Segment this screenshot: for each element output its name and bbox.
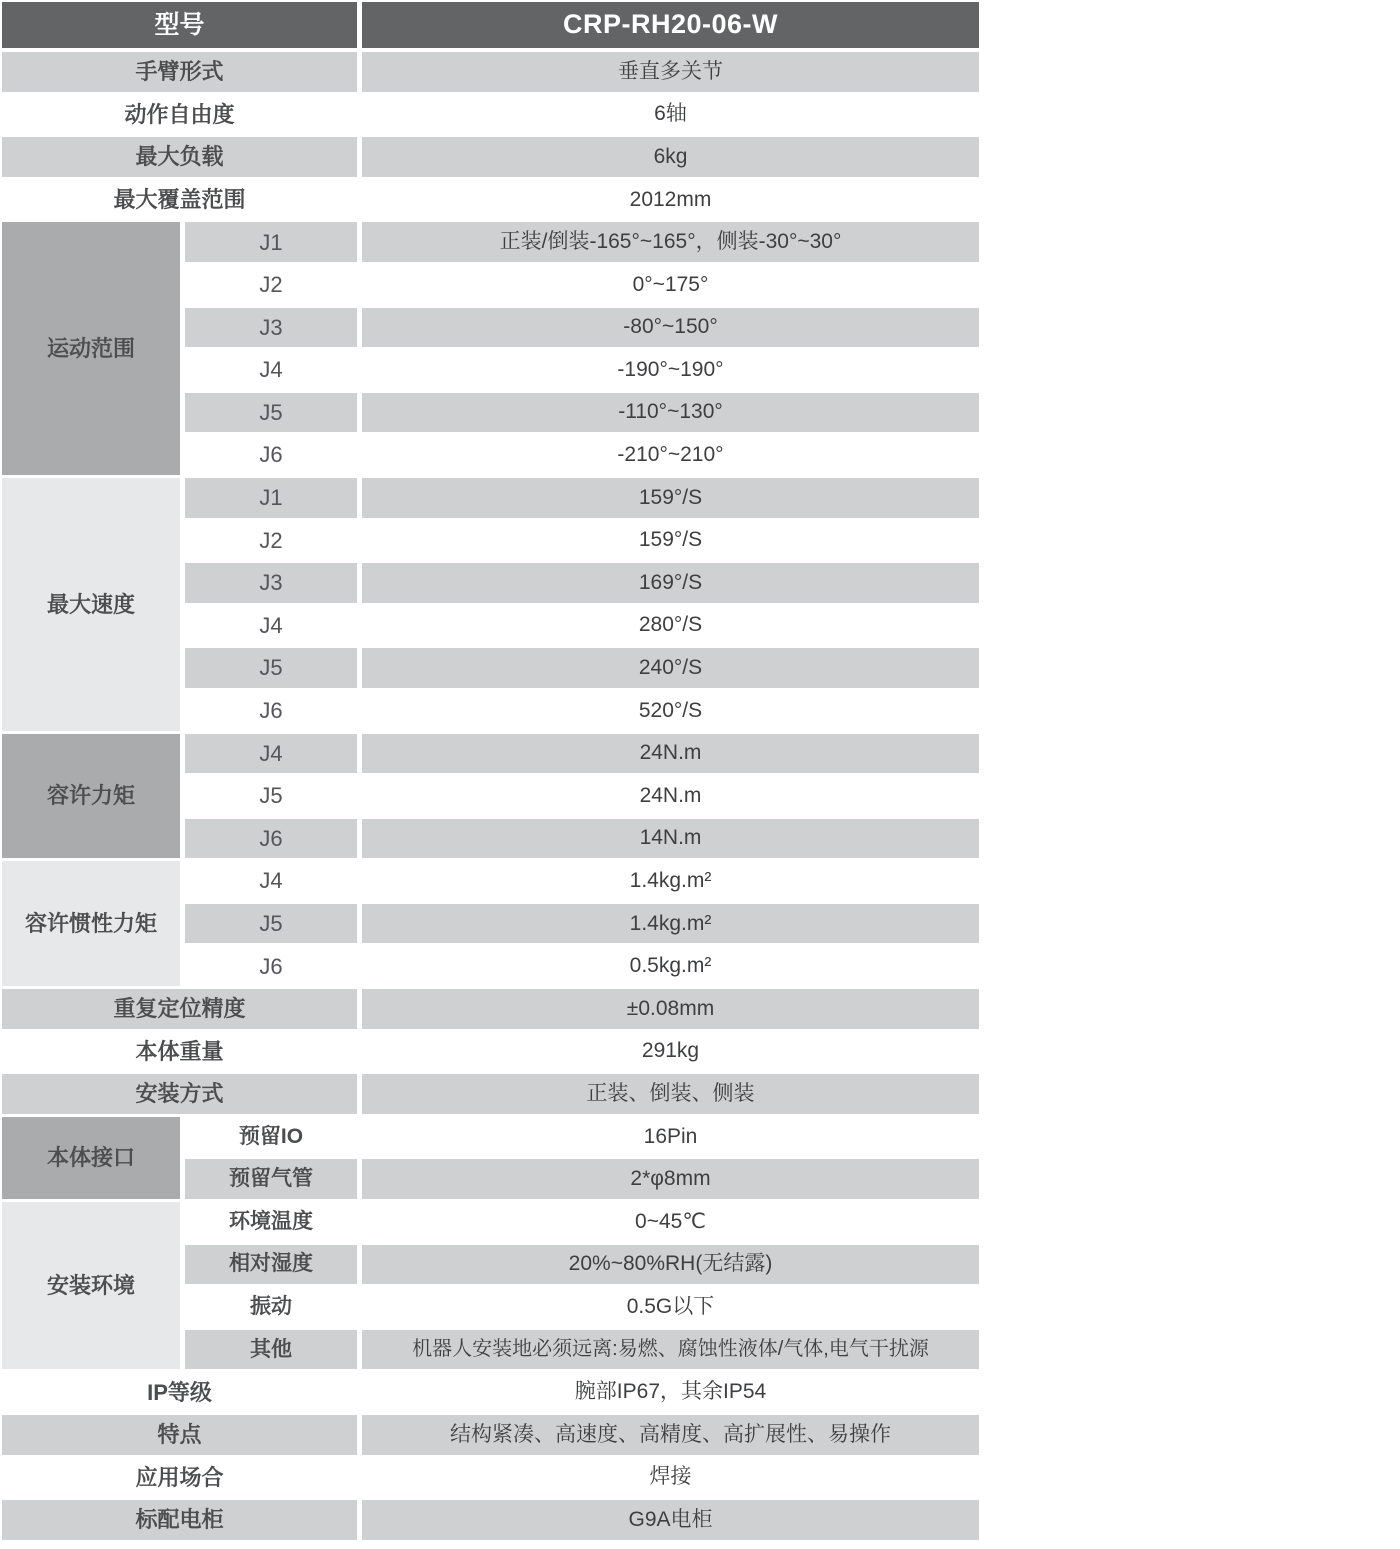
- allowable-inertia-value: 1.4kg.m²: [362, 861, 979, 904]
- max-speed-value: 280°/S: [362, 606, 979, 649]
- allowable-torque-value: 24N.m: [362, 734, 979, 777]
- row-label-max-reach: 最大覆盖范围: [2, 180, 362, 223]
- environment-value: 0.5G以下: [362, 1287, 979, 1330]
- allowable-torque-axis: J4: [185, 734, 362, 777]
- allowable-torque-value: 24N.m: [362, 776, 979, 819]
- motion-range-axis: J1: [185, 222, 362, 265]
- robot-spec-table: 型号 CRP-RH20-06-W 手臂形式 垂直多关节 动作自由度 6轴 最大负…: [2, 2, 979, 1543]
- row-label-application: 应用场合: [2, 1458, 362, 1501]
- max-speed-value: 240°/S: [362, 648, 979, 691]
- model-header-label: 型号: [2, 2, 362, 52]
- environment-value: 20%~80%RH(无结露): [362, 1245, 979, 1288]
- row-label-ip-rating: IP等级: [2, 1372, 362, 1415]
- environment-sublabel: 环境温度: [185, 1202, 362, 1245]
- motion-range-axis: J2: [185, 265, 362, 308]
- motion-range-value: -190°~190°: [362, 350, 979, 393]
- group-label-allowable-torque: 容许力矩: [2, 734, 185, 862]
- group-label-environment: 安装环境: [2, 1202, 185, 1372]
- allowable-inertia-value: 1.4kg.m²: [362, 904, 979, 947]
- allowable-inertia-axis: J4: [185, 861, 362, 904]
- max-speed-axis: J5: [185, 648, 362, 691]
- row-value-repeatability: ±0.08mm: [362, 989, 979, 1032]
- row-value-arm-type: 垂直多关节: [362, 52, 979, 95]
- allowable-torque-axis: J5: [185, 776, 362, 819]
- environment-sublabel: 相对湿度: [185, 1245, 362, 1288]
- row-value-dof: 6轴: [362, 95, 979, 138]
- max-speed-axis: J1: [185, 478, 362, 521]
- row-value-mounting: 正装、倒装、侧装: [362, 1074, 979, 1117]
- environment-value: 0~45℃: [362, 1202, 979, 1245]
- row-label-max-payload: 最大负载: [2, 137, 362, 180]
- row-label-mounting: 安装方式: [2, 1074, 362, 1117]
- max-speed-value: 159°/S: [362, 521, 979, 564]
- motion-range-axis: J5: [185, 393, 362, 436]
- motion-range-axis: J6: [185, 435, 362, 478]
- max-speed-value: 159°/S: [362, 478, 979, 521]
- motion-range-value: -110°~130°: [362, 393, 979, 436]
- allowable-torque-axis: J6: [185, 819, 362, 862]
- group-label-allowable-inertia: 容许惯性力矩: [2, 861, 185, 989]
- max-speed-axis: J3: [185, 563, 362, 606]
- row-value-features: 结构紧凑、高速度、高精度、高扩展性、易操作: [362, 1415, 979, 1458]
- motion-range-value: 正装/倒装-165°~165°，侧装-30°~30°: [362, 222, 979, 265]
- model-number: CRP-RH20-06-W: [362, 2, 979, 52]
- motion-range-value: -210°~210°: [362, 435, 979, 478]
- body-interface-sublabel: 预留气管: [185, 1159, 362, 1202]
- row-value-application: 焊接: [362, 1458, 979, 1501]
- max-speed-axis: J6: [185, 691, 362, 734]
- environment-sublabel: 其他: [185, 1330, 362, 1373]
- motion-range-value: 0°~175°: [362, 265, 979, 308]
- environment-sublabel: 振动: [185, 1287, 362, 1330]
- body-interface-value: 16Pin: [362, 1117, 979, 1160]
- allowable-inertia-axis: J5: [185, 904, 362, 947]
- environment-value: 机器人安装地必须远离:易燃、腐蚀性液体/气体,电气干扰源: [362, 1330, 979, 1373]
- max-speed-axis: J4: [185, 606, 362, 649]
- row-value-cabinet: G9A电柜: [362, 1500, 979, 1543]
- group-label-motion-range: 运动范围: [2, 222, 185, 478]
- allowable-inertia-value: 0.5kg.m²: [362, 946, 979, 989]
- row-label-features: 特点: [2, 1415, 362, 1458]
- motion-range-axis: J4: [185, 350, 362, 393]
- row-value-ip-rating: 腕部IP67，其余IP54: [362, 1372, 979, 1415]
- row-value-max-reach: 2012mm: [362, 180, 979, 223]
- row-label-cabinet: 标配电柜: [2, 1500, 362, 1543]
- group-label-body-interface: 本体接口: [2, 1117, 185, 1202]
- max-speed-axis: J2: [185, 521, 362, 564]
- group-label-max-speed: 最大速度: [2, 478, 185, 734]
- row-label-dof: 动作自由度: [2, 95, 362, 138]
- allowable-inertia-axis: J6: [185, 946, 362, 989]
- row-label-arm-type: 手臂形式: [2, 52, 362, 95]
- max-speed-value: 520°/S: [362, 691, 979, 734]
- body-interface-sublabel: 预留IO: [185, 1117, 362, 1160]
- row-label-body-weight: 本体重量: [2, 1032, 362, 1075]
- row-label-repeatability: 重复定位精度: [2, 989, 362, 1032]
- motion-range-axis: J3: [185, 308, 362, 351]
- row-value-body-weight: 291kg: [362, 1032, 979, 1075]
- allowable-torque-value: 14N.m: [362, 819, 979, 862]
- motion-range-value: -80°~150°: [362, 308, 979, 351]
- body-interface-value: 2*φ8mm: [362, 1159, 979, 1202]
- row-value-max-payload: 6kg: [362, 137, 979, 180]
- max-speed-value: 169°/S: [362, 563, 979, 606]
